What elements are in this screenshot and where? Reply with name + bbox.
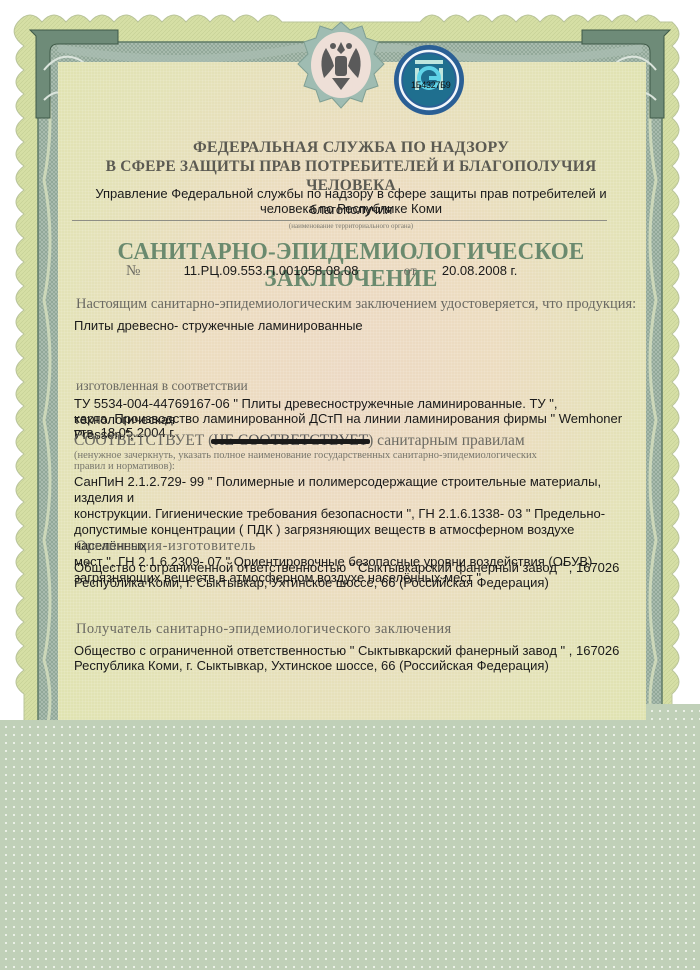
recipient-label: Получатель санитарно-эпидемиологического… — [76, 621, 452, 638]
number-label: № — [126, 263, 140, 279]
date-label: от — [404, 264, 417, 279]
rules-line: СанПиН 2.1.2.729- 99 " Полимерные и поли… — [74, 474, 634, 506]
hologram-serial: 1Б4327Б9 — [411, 80, 450, 90]
manufacturer-line1: Общество с ограниченной ответственностью… — [74, 560, 634, 576]
complies-label: СООТВЕТСТВУЕТ — [74, 432, 204, 449]
compliance-row: СООТВЕТСТВУЕТ (НЕ СООТВЕТСТВУЕТ) санитар… — [74, 432, 525, 450]
manufacturer-line2: Республика Коми, г. Сыктывкар, Ухтинское… — [74, 575, 634, 591]
rules-line: конструкции. Гигиенические требования бе… — [74, 506, 634, 522]
compliance-note-line2: правил и нормативов): — [74, 461, 574, 473]
product-intro: Настоящим санитарно-эпидемиологическим з… — [76, 296, 636, 313]
manufactured-label: изготовленная в соответствии — [76, 378, 248, 394]
document-number-row: № 11.РЦ.09.553.П.001058.08.08 от 20.08.2… — [126, 263, 517, 280]
recipient-line1: Общество с ограниченной ответственностью… — [74, 643, 634, 659]
divider — [72, 220, 607, 221]
product-name: Плиты древесно- стружечные ламинированны… — [74, 318, 634, 334]
agency-name-line1: ФЕДЕРАЛЬНАЯ СЛУЖБА ПО НАДЗОРУ — [60, 138, 642, 157]
compliance-suffix: ) санитарным правилам — [368, 432, 525, 449]
background-overlay-notch — [646, 704, 700, 720]
manufacturer-label: Организация-изготовитель — [76, 538, 256, 555]
recipient-line2: Республика Коми, г. Сыктывкар, Ухтинское… — [74, 658, 634, 674]
coat-of-arms-icon — [296, 20, 386, 112]
department-line2: человека по Республике Коми — [60, 201, 642, 217]
struck-not-complies: НЕ СООТВЕТСТВУЕТ — [213, 432, 368, 450]
document-date: 20.08.2008 г. — [442, 263, 517, 278]
background-overlay — [0, 720, 700, 970]
department-caption: (наименование территориального органа) — [60, 222, 642, 230]
document-number: 11.РЦ.09.553.П.001058.08.08 — [184, 263, 359, 278]
